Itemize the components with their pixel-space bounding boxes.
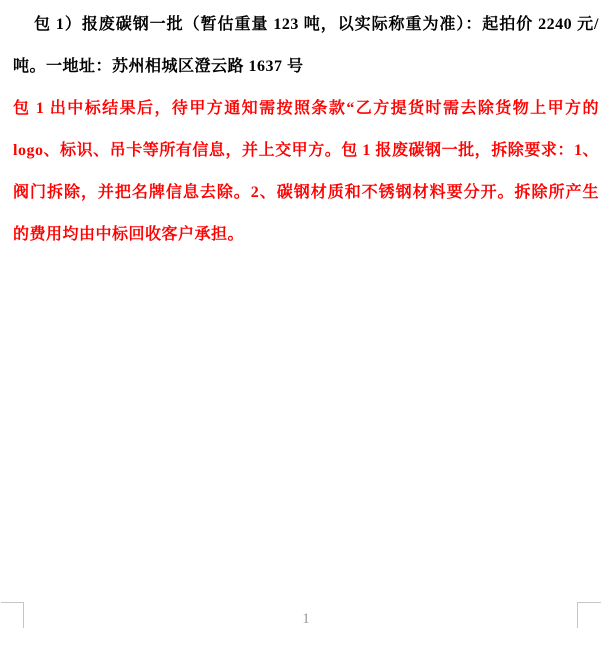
bid-notice-line-1: 包 1 出中标结果后，待甲方通知需按照条款“乙方提货时需去除货物上甲方的: [13, 88, 599, 130]
bid-notice-line-4: 的费用均由中标回收客户承担。: [13, 214, 599, 256]
page-body-text: 包 1）报废碳钢一批（暂估重量 123 吨，以实际称重为准）：起拍价 2240 …: [0, 4, 612, 256]
paragraph-lot-description: 包 1）报废碳钢一批（暂估重量 123 吨，以实际称重为准）：起拍价 2240 …: [0, 4, 612, 88]
bid-notice-line-2: logo、标识、吊卡等所有信息，并上交甲方。包 1 报废碳钢一批，拆除要求：1、: [13, 130, 599, 172]
bid-notice-line-3: 阀门拆除，并把名牌信息去除。2、碳钢材质和不锈钢材料要分开。拆除所产生: [13, 172, 599, 214]
document-page: 包 1）报废碳钢一批（暂估重量 123 吨，以实际称重为准）：起拍价 2240 …: [0, 0, 612, 664]
page-number: 1: [0, 608, 612, 630]
crop-mark-bottom-right-horizontal: [577, 602, 601, 603]
paragraph-bid-notice: 包 1 出中标结果后，待甲方通知需按照条款“乙方提货时需去除货物上甲方的 log…: [0, 88, 612, 256]
crop-mark-bottom-left-horizontal: [1, 602, 23, 603]
lot-description-line-2: 吨。一地址：苏州相城区澄云路 1637 号: [13, 46, 599, 88]
lot-description-line-1: 包 1）报废碳钢一批（暂估重量 123 吨，以实际称重为准）：起拍价 2240 …: [13, 4, 599, 46]
